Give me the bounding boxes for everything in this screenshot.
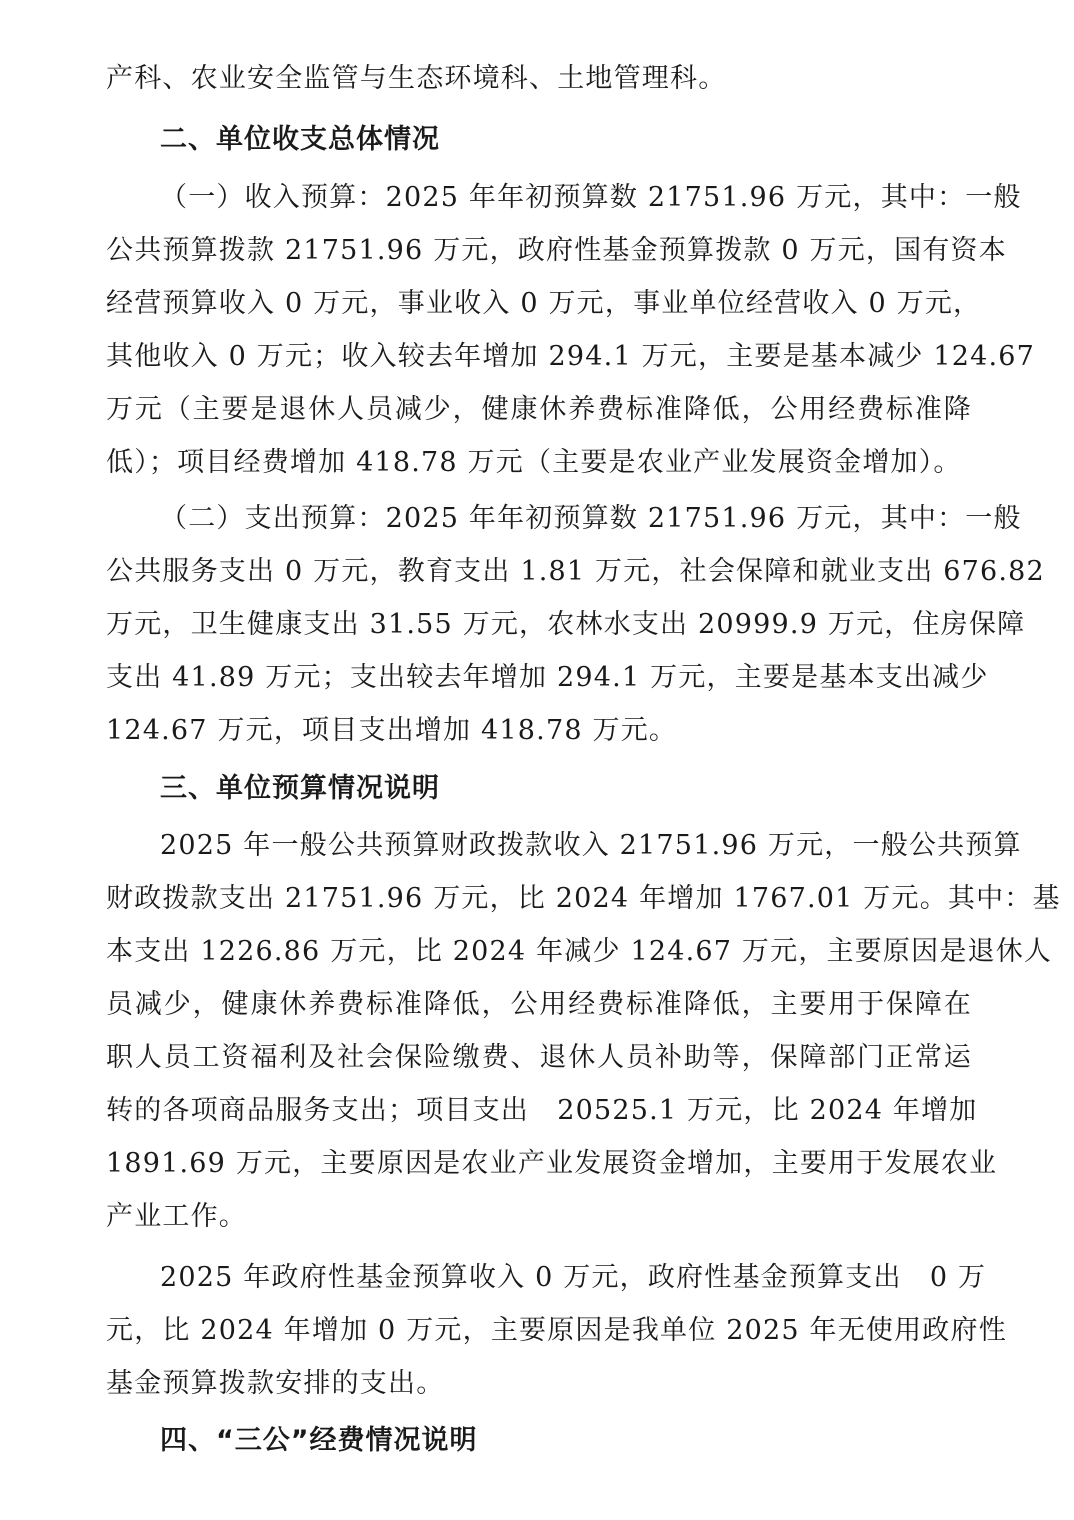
paragraph-line: 2025 年一般公共预算财政拨款收入 21751.96 万元，一般公共预算 [160,826,972,866]
section-heading-4: 四、“三公”经费情况说明 [160,1421,478,1461]
paragraph-line: 万元，卫生健康支出 31.55 万元，农林水支出 20999.9 万元，住房保障 [106,605,972,645]
paragraph-line: 支出 41.89 万元；支出较去年增加 294.1 万元，主要是基本支出减少 [106,658,972,698]
paragraph-line: 公共服务支出 0 万元，教育支出 1.81 万元，社会保障和就业支出 676.8… [106,552,972,592]
paragraph-line: 低）；项目经费增加 418.78 万元（主要是农业产业发展资金增加）。 [106,443,972,483]
document-page: 产科、农业安全监管与生态环境科、土地管理科。 二、单位收支总体情况 （一）收入预… [0,0,1074,1520]
paragraph-line: 1891.69 万元，主要原因是农业产业发展资金增加，主要用于发展农业 [106,1144,972,1184]
paragraph-line: 其他收入 0 万元；收入较去年增加 294.1 万元，主要是基本减少 124.6… [106,337,972,377]
section-heading-2: 二、单位收支总体情况 [160,120,440,160]
paragraph-line: 元，比 2024 年增加 0 万元，主要原因是我单位 2025 年无使用政府性 [106,1311,972,1351]
paragraph-line: 公共预算拨款 21751.96 万元，政府性基金预算拨款 0 万元，国有资本 [106,231,972,271]
paragraph-line: 经营预算收入 0 万元，事业收入 0 万元，事业单位经营收入 0 万元， [106,284,972,324]
paragraph-line: 124.67 万元，项目支出增加 418.78 万元。 [106,711,972,751]
paragraph-line: 本支出 1226.86 万元，比 2024 年减少 124.67 万元，主要原因… [106,932,972,972]
paragraph-line: （二）支出预算：2025 年年初预算数 21751.96 万元，其中：一般 [160,499,972,539]
paragraph-line: 转的各项商品服务支出；项目支出 20525.1 万元，比 2024 年增加 [106,1091,972,1131]
paragraph-line: 职人员工资福利及社会保险缴费、退休人员补助等，保障部门正常运 [106,1038,972,1078]
paragraph-line: 2025 年政府性基金预算收入 0 万元，政府性基金预算支出 0 万 [160,1258,972,1298]
section-heading-3: 三、单位预算情况说明 [160,769,440,809]
paragraph-line: 基金预算拨款安排的支出。 [106,1364,972,1404]
paragraph-line: 财政拨款支出 21751.96 万元，比 2024 年增加 1767.01 万元… [106,879,972,919]
paragraph-line: 产科、农业安全监管与生态环境科、土地管理科。 [106,59,972,99]
paragraph-line: 产业工作。 [106,1197,972,1237]
paragraph-line: 万元（主要是退休人员减少，健康休养费标准降低，公用经费标准降 [106,390,972,430]
paragraph-line: （一）收入预算：2025 年年初预算数 21751.96 万元，其中：一般 [160,178,972,218]
paragraph-line: 员减少，健康休养费标准降低，公用经费标准降低，主要用于保障在 [106,985,972,1025]
